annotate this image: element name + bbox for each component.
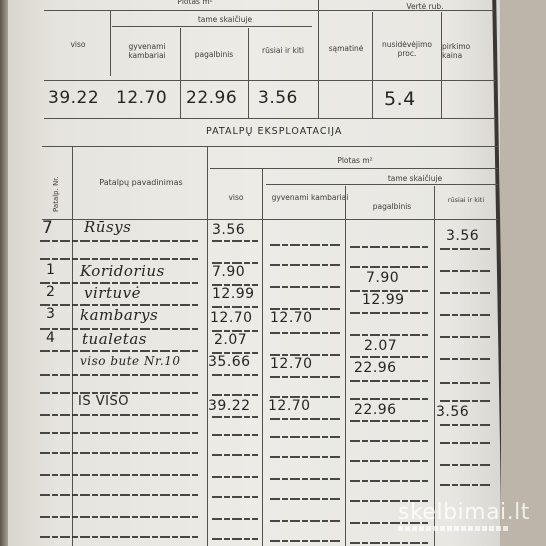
ruling (270, 418, 342, 420)
ruling (270, 354, 342, 356)
row-name: Rūsys (84, 218, 131, 236)
row-pagalbinis: 22.96 (354, 360, 397, 376)
divider (318, 0, 319, 118)
row-viso: 39.22 (208, 398, 251, 414)
row-name: tualetas (82, 330, 147, 348)
row-nr: 7 (42, 218, 53, 238)
ruling (212, 454, 258, 456)
row-rusiai: 3.56 (446, 228, 479, 244)
row-rusiai: 3.56 (436, 404, 469, 420)
ruling (40, 452, 200, 454)
ruling (40, 258, 200, 260)
header-plotas: Plotas m² (140, 0, 250, 6)
row-pagalbinis: 12.99 (362, 292, 405, 308)
ruling (270, 264, 342, 266)
ruling (350, 246, 430, 248)
ruling (350, 398, 430, 400)
ruling (212, 262, 258, 264)
ruling (40, 414, 200, 416)
ruling (270, 244, 342, 246)
divider (110, 10, 111, 76)
total-rusiai-value: 3.56 (258, 88, 298, 108)
ruling (440, 336, 490, 338)
ruling (212, 374, 258, 376)
divider (44, 118, 496, 119)
ruling (270, 478, 342, 480)
divider (262, 168, 263, 546)
ruling (40, 474, 200, 476)
ruling (212, 538, 258, 540)
ruling (40, 240, 200, 242)
header-plotas: Plotas m² (300, 156, 410, 165)
col-pagalbinis: pagalbinis (182, 50, 246, 59)
background-surface (501, 0, 546, 546)
ruling (350, 290, 430, 292)
ruling (350, 420, 430, 422)
divider (112, 26, 312, 27)
ruling (440, 382, 490, 384)
ruling (212, 476, 258, 478)
row-gyvenami: 12.70 (268, 398, 311, 414)
col-gyvenami: gyvenami kambariai (114, 42, 180, 60)
ruling (40, 494, 200, 496)
watermark-bar (398, 526, 508, 531)
watermark-logo: skelbimai.lt (398, 500, 530, 525)
divider (72, 146, 73, 546)
ruling (440, 270, 490, 272)
divider (248, 28, 249, 118)
ruling (270, 456, 342, 458)
total-gyvenami-value: 12.70 (116, 88, 167, 108)
col-samatine: sąmatinė (320, 44, 372, 53)
book-spine-edge (0, 0, 8, 546)
row-viso: 35.66 (208, 354, 251, 370)
ruling (40, 392, 200, 394)
col-nusidevejimo: nusidėvėjimo proc. (372, 40, 442, 58)
ruling (40, 282, 200, 284)
ruling (440, 442, 490, 444)
ruling (440, 292, 490, 294)
ruling (212, 416, 258, 418)
row-name: viso bute Nr.10 (80, 354, 180, 368)
col-viso: viso (44, 40, 112, 49)
ruling (270, 540, 342, 542)
row-name: kambarys (80, 306, 158, 324)
ruling (350, 460, 430, 462)
divider (210, 168, 498, 169)
col-pirkimo-kaina: pirkimo kaina (442, 42, 492, 60)
ruling (40, 350, 200, 352)
ruling (212, 352, 258, 354)
divider (207, 146, 208, 546)
row-nr: 2 (46, 284, 55, 300)
ruling (350, 440, 430, 442)
ruling (440, 484, 490, 486)
total-viso-value: 39.22 (48, 88, 99, 108)
section-title: PATALPŲ EKSPLOATACIJA (206, 126, 342, 137)
row-viso: 12.70 (210, 310, 253, 326)
header-name: Patalpų pavadinimas (76, 178, 206, 187)
total-pagalbinis-value: 22.96 (186, 88, 237, 108)
row-pagalbinis: 2.07 (364, 338, 397, 354)
ruling (212, 434, 258, 436)
divider (180, 28, 181, 118)
row-pagalbinis: 22.96 (354, 402, 397, 418)
divider (345, 186, 346, 546)
row-name: Koridorius (80, 262, 165, 280)
divider (372, 12, 373, 118)
ruling (350, 542, 430, 544)
row-viso: 3.56 (212, 222, 245, 238)
ruling (212, 394, 258, 396)
ruling (440, 248, 490, 250)
header-rusiai: rūsiai ir kiti (436, 196, 496, 205)
ruling (270, 436, 342, 438)
row-pagalbinis: 7.90 (366, 270, 399, 286)
header-tame-skaiciuje: tame skaičiuje (360, 174, 470, 183)
header-tame-skaiciuje: tame skaičiuje (140, 15, 310, 24)
ruling (440, 358, 490, 360)
ruling (212, 330, 258, 332)
row-viso: 7.90 (212, 264, 245, 280)
ruling (440, 424, 490, 426)
row-viso: 12.99 (212, 286, 255, 302)
ruling (40, 304, 200, 306)
row-gyvenami: 12.70 (270, 310, 313, 326)
ruling (270, 308, 342, 310)
ruling (350, 380, 430, 382)
row-name: virtuvė (84, 284, 141, 302)
divider (42, 146, 498, 147)
ruling (212, 240, 258, 242)
nusidevejimo-value: 5.4 (384, 88, 416, 110)
col-rusiai: rūsiai ir kiti (250, 46, 316, 55)
row-name: IS VISO (78, 394, 129, 409)
ruling (212, 496, 258, 498)
header-pagalbinis: pagalbinis (350, 202, 434, 211)
ruling (40, 328, 200, 330)
ruling (212, 518, 258, 520)
divider (441, 12, 442, 118)
divider (44, 10, 494, 11)
ruling (270, 376, 342, 378)
header-gyvenami: gyvenami kambariai (270, 193, 350, 202)
ruling (350, 312, 430, 314)
header-nr: Patalp. Nr. (52, 176, 60, 212)
row-gyvenami: 12.70 (270, 356, 313, 372)
ruling (212, 284, 258, 286)
ruling (270, 520, 342, 522)
ruling (270, 286, 342, 288)
ruling (440, 464, 490, 466)
ruling (40, 374, 200, 376)
ruling (270, 332, 342, 334)
row-nr: 1 (46, 262, 55, 278)
ruling (440, 400, 490, 402)
row-nr: 3 (46, 306, 55, 322)
ruling (350, 266, 430, 268)
ruling (270, 498, 342, 500)
divider (434, 186, 435, 546)
row-nr: 4 (46, 330, 55, 346)
ruling (350, 480, 430, 482)
ruling (440, 314, 490, 316)
ruling (212, 306, 258, 308)
header-viso: viso (210, 193, 262, 202)
ruling (350, 356, 430, 358)
ruling (270, 396, 342, 398)
ruling (40, 536, 200, 538)
row-viso: 2.07 (214, 332, 247, 348)
divider (44, 80, 496, 81)
ruling (350, 334, 430, 336)
ruling (40, 516, 200, 518)
divider (266, 184, 498, 185)
ruling (40, 432, 200, 434)
